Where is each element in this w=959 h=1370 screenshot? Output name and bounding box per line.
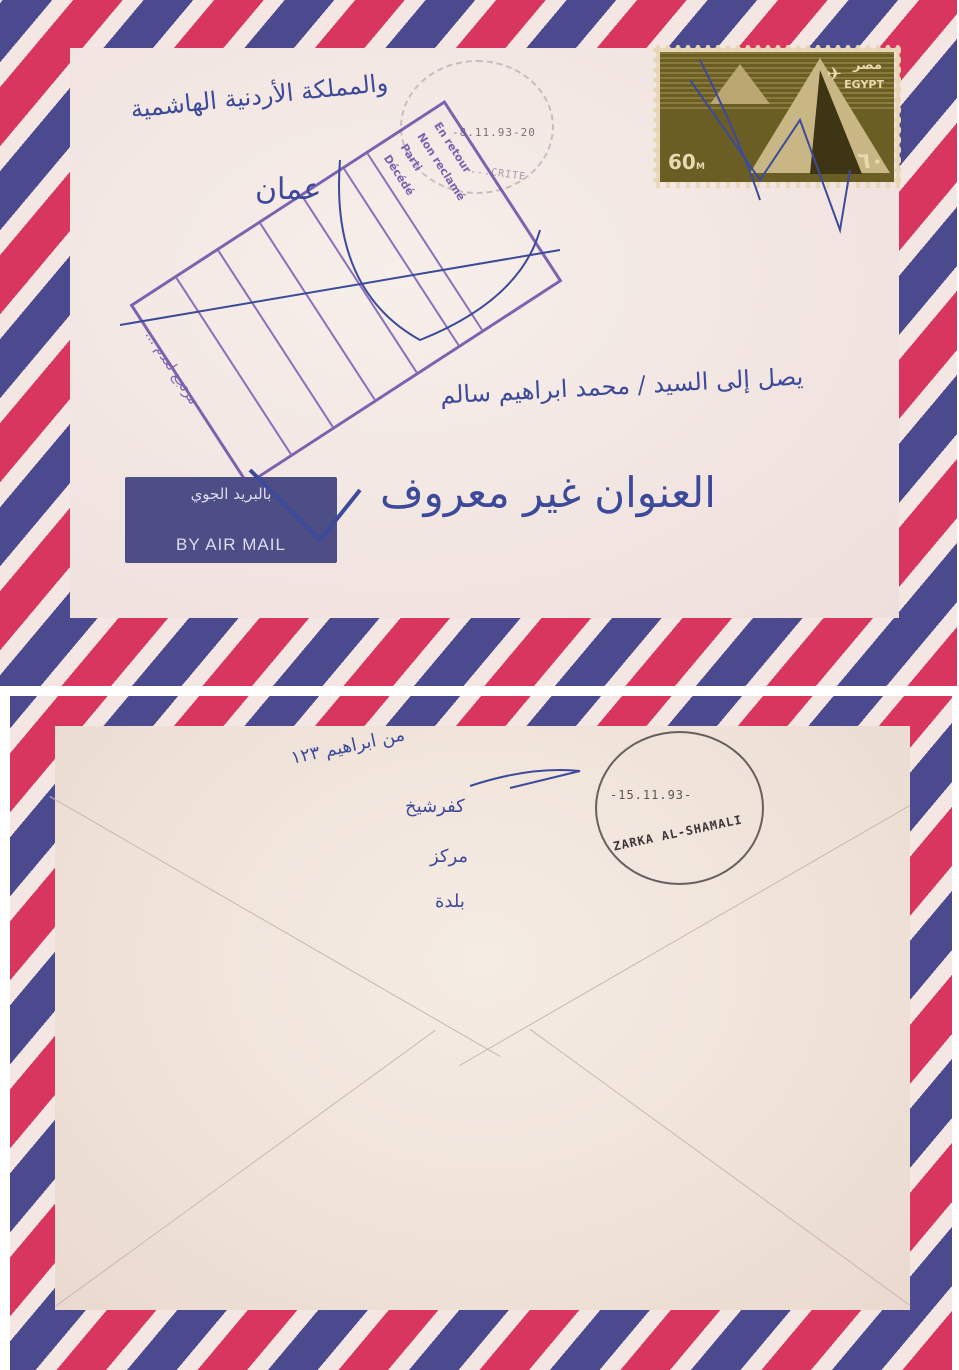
pen-flourish (10, 696, 952, 1370)
pen-cancel-strokes (0, 0, 957, 686)
envelope-front: -8.11.93-20 ...CRITE مصر EGYPT ✈ 60 M ٦٠… (0, 0, 957, 686)
envelope-back: -15.11.93- ZARKA AL-SHAMALI من ابراهيم ١… (10, 696, 952, 1370)
